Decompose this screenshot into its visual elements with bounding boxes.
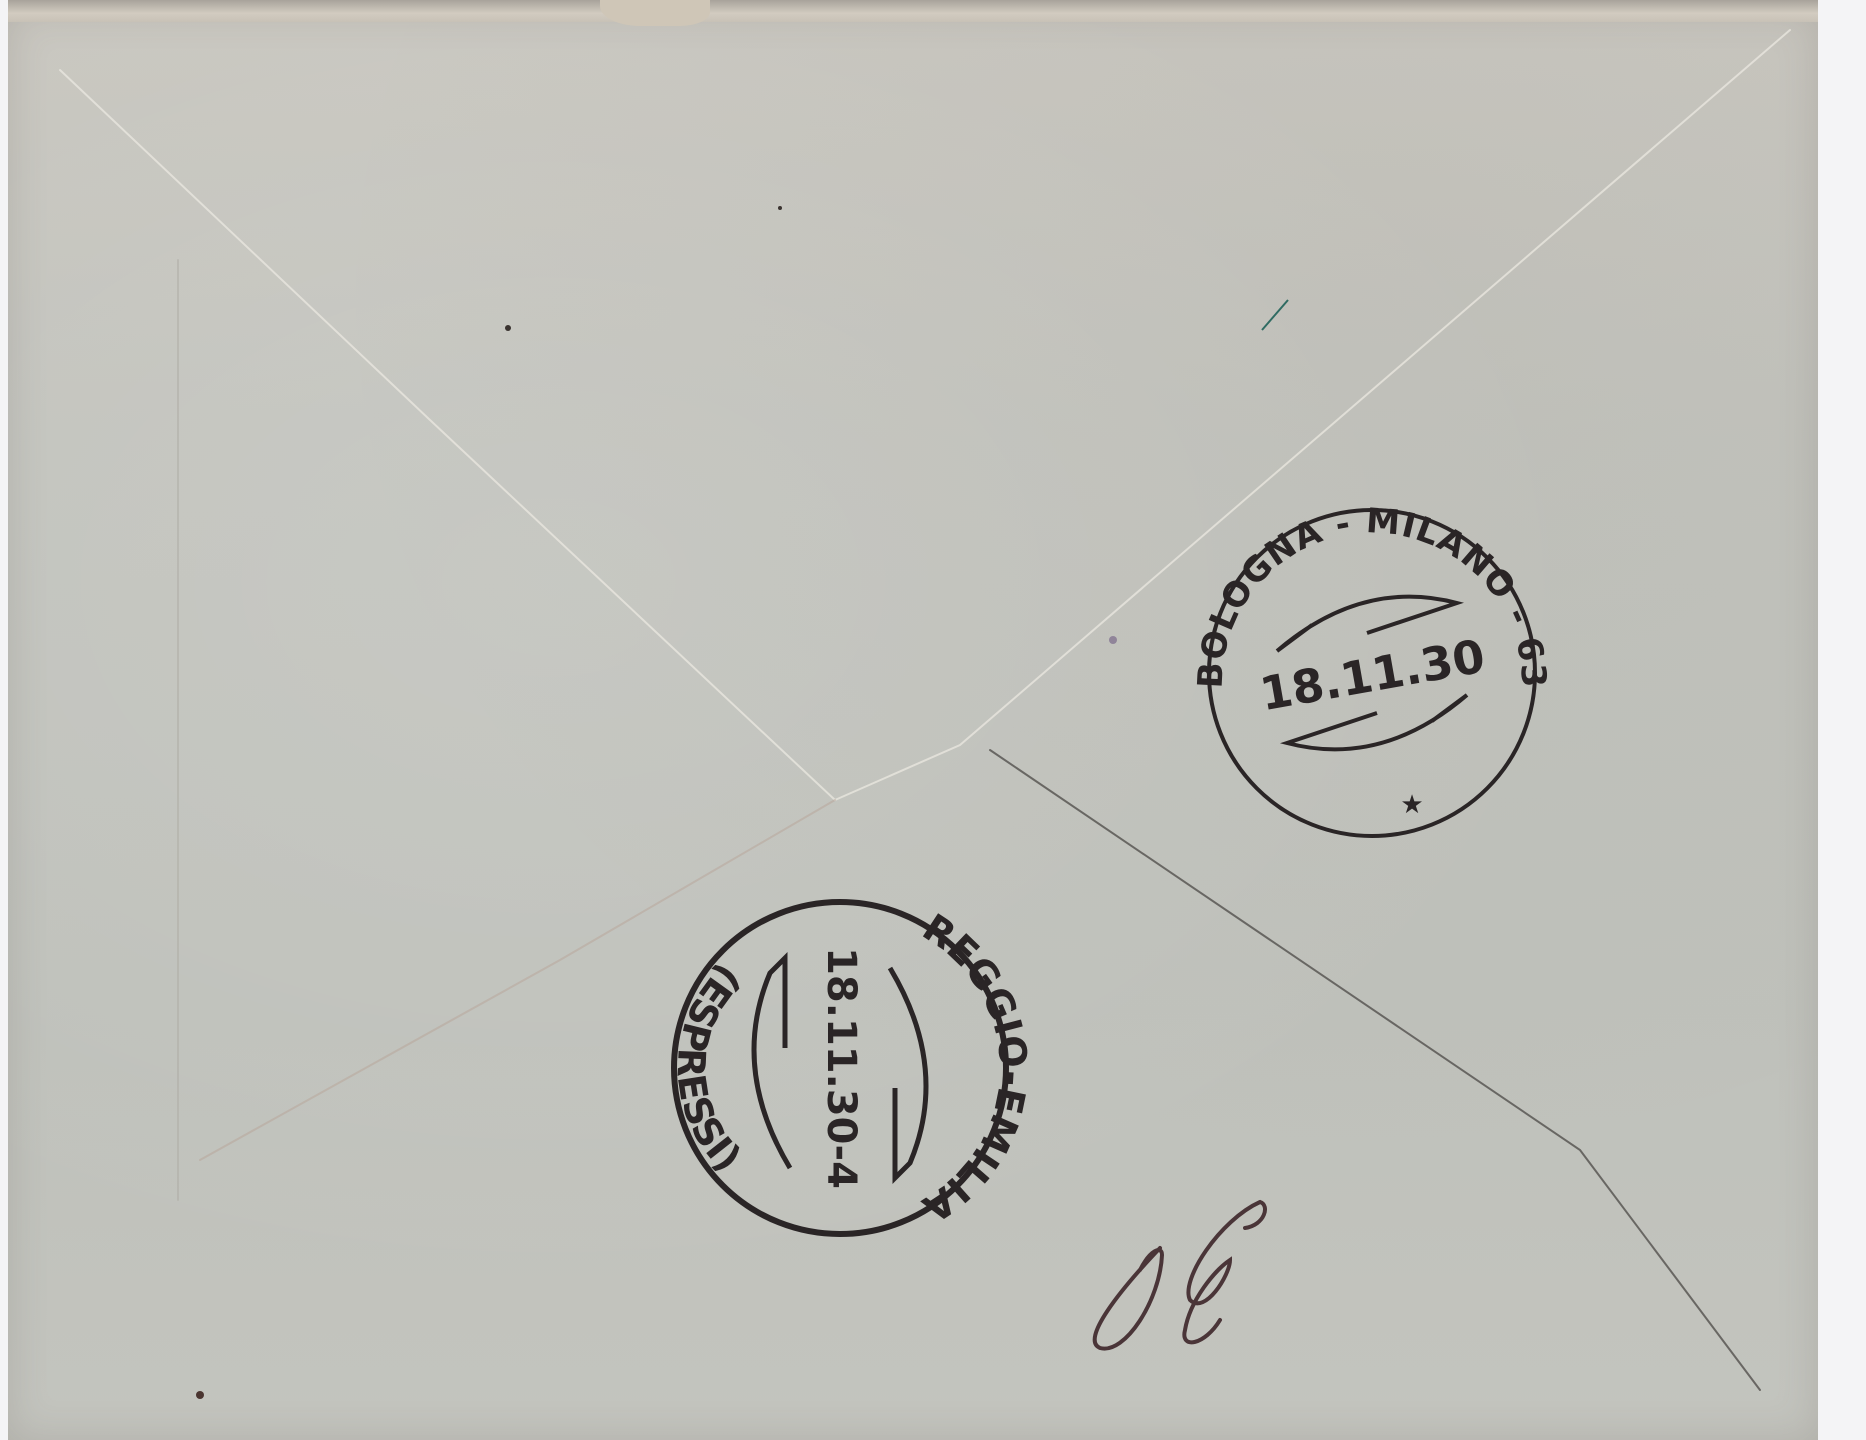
reggio-postmark-subtext: (ESPRESSI) — [669, 956, 750, 1180]
stains — [196, 206, 1288, 1399]
postmark-bologna-milano: BOLOGNA - MILANO - 63 18.11.30 ★ — [1191, 501, 1554, 836]
reggio-postmark-text: REGGIO-EMILIA — [915, 905, 1036, 1231]
star-icon: ★ — [1400, 790, 1423, 820]
handwritten-annotation — [1095, 1202, 1265, 1349]
postmark-reggio-emilia: REGGIO-EMILIA (ESPRESSI) 18.11.30-4 — [669, 902, 1036, 1234]
svg-text:REGGIO-EMILIA: REGGIO-EMILIA — [915, 905, 1036, 1231]
reggio-postmark-date: 18.11.30-4 — [818, 947, 864, 1189]
envelope-markings: BOLOGNA - MILANO - 63 18.11.30 ★ REGGIO-… — [0, 0, 1866, 1440]
svg-text:(ESPRESSI): (ESPRESSI) — [669, 956, 750, 1180]
